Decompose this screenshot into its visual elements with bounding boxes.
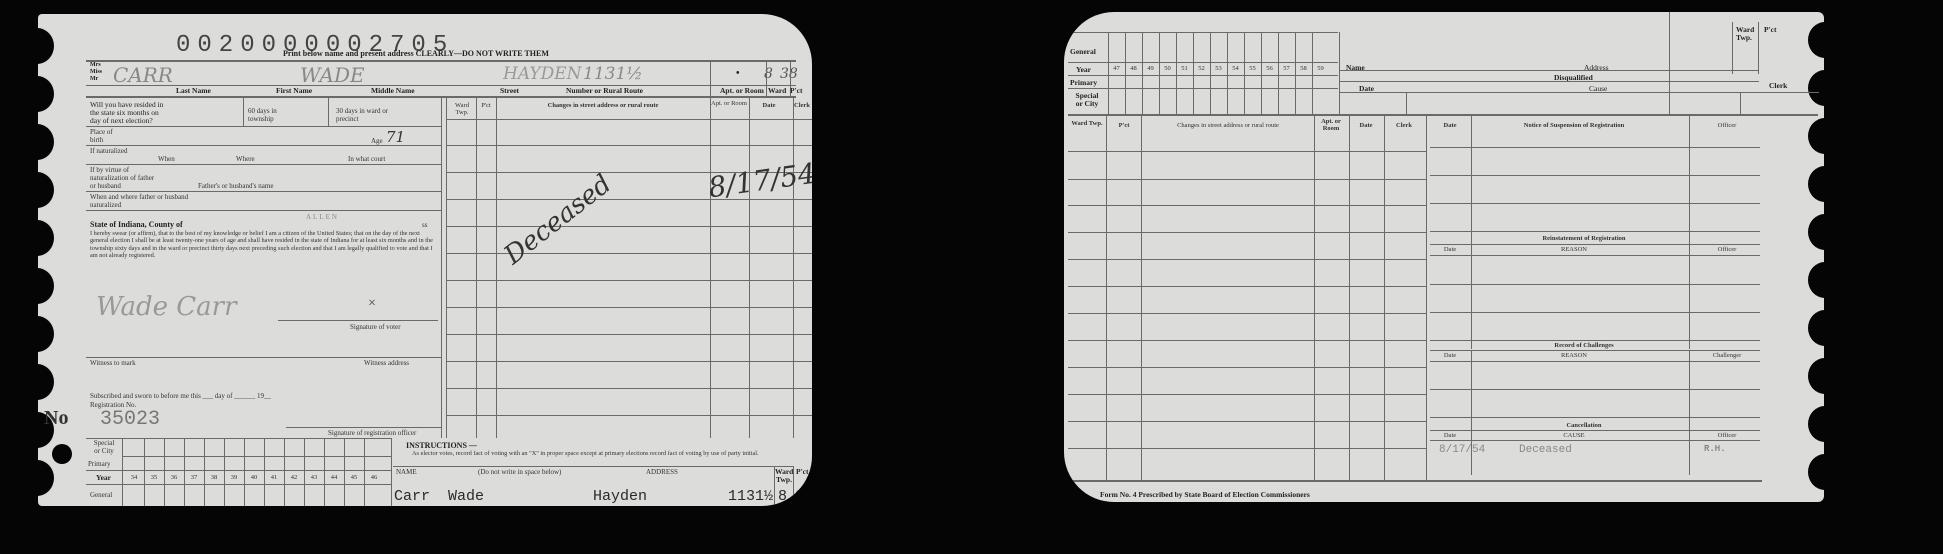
punch-hole [38, 28, 54, 64]
witness-address-label: Witness address [364, 359, 409, 367]
year-cell: 59 [1312, 65, 1329, 72]
year-cell: 55 [1244, 65, 1261, 72]
father-name-label: Father's or husband's name [198, 182, 273, 190]
typed-last-name: Carr [394, 488, 430, 505]
year-cell: 37 [184, 474, 204, 481]
punch-hole [38, 220, 54, 256]
punch-hole [1808, 454, 1824, 490]
last-name-label: Last Name [176, 87, 211, 95]
grid-label-special: Special or City [90, 439, 118, 455]
ward-label: Ward [768, 87, 786, 95]
place-of-birth-label: Place of birth [90, 128, 120, 144]
cancellation-officer-value: R.H. [1704, 444, 1726, 454]
col-pct: P'ct [1108, 122, 1140, 129]
year-cell: 53 [1210, 65, 1227, 72]
punch-hole [1808, 70, 1824, 106]
reinstatement-title: Reinstatement of Registration [1484, 235, 1684, 242]
year-cell: 50 [1159, 65, 1176, 72]
registration-prefix: No [44, 407, 68, 429]
apt-value: • [736, 70, 740, 78]
col-ward-twp: Ward Twp. [1068, 120, 1106, 127]
col-changes: Changes in street address or rural route [1142, 122, 1314, 129]
col-clerk: Clerk [793, 102, 811, 109]
footer-name-label: NAME [396, 468, 417, 476]
instructions-text: As elector votes, record fact of voting … [412, 450, 802, 457]
age-label: Age [371, 137, 383, 145]
registration-card-back: General Year Primary Special or City 47 … [1064, 12, 1824, 502]
registration-number: 35023 [100, 408, 160, 431]
year-cell: 57 [1278, 65, 1295, 72]
col-date: Date [1349, 122, 1383, 129]
year-cell: 52 [1193, 65, 1210, 72]
year-cell: 38 [204, 474, 224, 481]
typed-number: 1131½ [728, 488, 773, 505]
punch-hole [38, 124, 54, 160]
punch-hole [1808, 310, 1824, 346]
punch-hole [1808, 118, 1824, 154]
father-when-label: When and where father or husband natural… [90, 193, 190, 209]
first-name-value: WADE [300, 63, 365, 87]
col-clerk: Clerk [1384, 122, 1424, 129]
year-cell: 43 [304, 474, 324, 481]
disq-pct-label: P'ct [1764, 26, 1777, 34]
col-apt: Apt. or Room [1314, 118, 1348, 132]
print-instruction: Print below name and present address CLE… [283, 50, 549, 58]
punch-hole [1808, 166, 1824, 202]
registration-officer-label: Signature of registration officer [328, 429, 416, 437]
punch-dot [52, 444, 72, 464]
number-label: Number or Rural Route [566, 87, 643, 95]
year-cell: 48 [1125, 65, 1142, 72]
year-cell: 42 [284, 474, 304, 481]
year-cell: 46 [364, 474, 384, 481]
col-pct: P'ct [476, 102, 496, 109]
age-value: 71 [386, 128, 405, 146]
punch-hole [1808, 22, 1824, 58]
challenges-challenger-label: Challenger [1692, 352, 1762, 359]
grid-label-general: General [90, 491, 112, 499]
suspension-title: Notice of Suspension of Registration [1474, 122, 1674, 129]
challenges-title: Record of Challenges [1484, 342, 1684, 349]
punch-hole [1808, 262, 1824, 298]
footer-no-write-label: (Do not write in space below) [478, 468, 561, 476]
grid-label-primary: Primary [88, 460, 111, 468]
footer-ward-label: Ward Twp. [775, 468, 793, 484]
punch-hole [38, 76, 54, 112]
cancellation-date-value: 8/17/54 [1439, 444, 1485, 456]
punch-hole [1808, 214, 1824, 250]
signature-label: Signature of voter [350, 323, 401, 331]
disq-ward-label: Ward Twp. [1736, 26, 1756, 42]
punch-hole [38, 268, 54, 304]
pct-label: P'ct [790, 87, 803, 95]
ward-days-label: 30 days in ward or precinct [336, 107, 396, 123]
instructions-title: INSTRUCTIONS — [406, 442, 477, 450]
cancellation-cause-label: CAUSE [1474, 432, 1674, 439]
year-cell: 45 [344, 474, 364, 481]
typed-street: Hayden [593, 488, 647, 505]
year-cell: 54 [1227, 65, 1244, 72]
pct-value: 38 [780, 66, 798, 82]
naturalized-where-label: Where [236, 155, 255, 163]
middle-name-label: Middle Name [371, 87, 415, 95]
punch-hole [38, 172, 54, 208]
typed-first-name: Wade [448, 488, 484, 505]
year-cell: 44 [324, 474, 344, 481]
county-value: ALLEN [306, 213, 339, 221]
grid-label-year: Year [96, 474, 111, 482]
year-cell: 39 [224, 474, 244, 481]
number-value: 1131½ [583, 64, 643, 84]
year-cell: 58 [1295, 65, 1312, 72]
naturalized-court-label: In what court [348, 155, 385, 163]
punch-hole [1808, 358, 1824, 394]
residency-question: Will you have resided in the state six m… [90, 101, 170, 125]
signature-value: Wade Carr [96, 292, 237, 322]
punch-hole [38, 460, 54, 496]
punch-hole [38, 316, 54, 352]
grid-label-primary: Primary [1070, 79, 1097, 87]
naturalized-label: If naturalized [90, 147, 130, 155]
ss-label: ss [422, 221, 427, 229]
col-changes: Changes in street address or rural route [498, 102, 708, 109]
witness-label: Witness to mark [90, 359, 136, 367]
year-cell: 36 [164, 474, 184, 481]
cancellation-date-label: Date [1430, 432, 1470, 439]
punch-hole [38, 364, 54, 400]
cancellation-title: Cancellation [1484, 422, 1684, 429]
challenges-date-label: Date [1430, 352, 1470, 359]
cancellation-cause-value: Deceased [1519, 444, 1572, 456]
naturalized-when-label: When [158, 155, 175, 163]
grid-label-year: Year [1076, 66, 1091, 74]
challenges-reason-label: REASON [1474, 352, 1674, 359]
county-line: State of Indiana, County of [90, 221, 183, 229]
deceased-note: Deceased [499, 169, 618, 271]
col-apt: Apt. or Room [710, 100, 748, 107]
cancellation-officer-label: Officer [1692, 432, 1762, 439]
year-cell: 56 [1261, 65, 1278, 72]
typed-pct: 39 [795, 488, 812, 505]
col-ward-twp: Ward Twp. [448, 102, 476, 116]
street-value: HAYDEN [503, 64, 582, 84]
year-cell: 35 [144, 474, 164, 481]
last-name-value: CARR [113, 63, 173, 87]
grid-label-general: General [1070, 48, 1096, 56]
disq-clerk-label: Clerk [1769, 82, 1787, 90]
oath-text: I hereby swear (or affirm), that to the … [90, 230, 435, 259]
footer-address-label: ADDRESS [646, 468, 678, 476]
punch-hole [1808, 406, 1824, 442]
registration-card-front: 0020000002705 Print below name and prese… [38, 14, 812, 506]
form-footer: Form No. 4 Prescribed by State Board of … [1100, 491, 1310, 499]
sworn-line: Subscribed and sworn to before me this _… [90, 392, 271, 400]
apt-label: Apt. or Room [720, 87, 764, 95]
reinstatement-reason-label: REASON [1474, 246, 1674, 253]
year-cell: 49 [1142, 65, 1159, 72]
typed-ward: 8 [778, 488, 787, 505]
year-cell: 34 [124, 474, 144, 481]
title-miss: Miss [90, 69, 102, 75]
father-naturalization-label: If by virtue of naturalization of father… [90, 166, 160, 190]
deceased-date: 8/17/54 [706, 157, 812, 205]
year-cell: 40 [244, 474, 264, 481]
col-date: Date [749, 102, 789, 109]
street-label: Street [500, 87, 519, 95]
suspension-officer-label: Officer [1692, 122, 1762, 129]
reinstatement-officer-label: Officer [1692, 246, 1762, 253]
footer-pct-label: P'ct [796, 468, 809, 476]
title-mr: Mr [90, 76, 98, 82]
title-mrs: Mrs [90, 62, 101, 68]
township-days-label: 60 days in township [248, 107, 288, 123]
suspension-date-label: Date [1430, 122, 1470, 129]
year-cell: 51 [1176, 65, 1193, 72]
first-name-label: First Name [276, 87, 312, 95]
reinstatement-date-label: Date [1430, 246, 1470, 253]
grid-label-special: Special or City [1072, 92, 1102, 108]
year-cell: 41 [264, 474, 284, 481]
year-cell: 47 [1108, 65, 1125, 72]
